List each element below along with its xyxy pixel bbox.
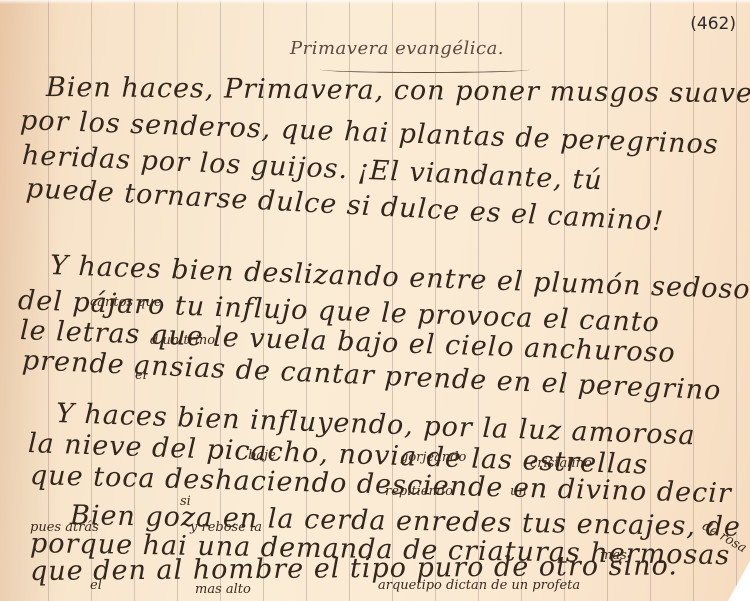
correction-above-en: cristalino [530,456,592,471]
poem-title: Primavera evangélica. [290,38,504,59]
correction-above-deshaciendo: baje [248,448,276,463]
folio-number: (462) [690,14,736,34]
correction-below-last-line: arquetipo dictan de un profeta [378,578,580,593]
manuscript-page: (462) Primavera evangélica. Bien haces, … [0,0,750,601]
correction-below-desciende: repitiendo [385,484,453,499]
stanza-4-line-3: que den al hombre el tipo puro de otro s… [30,550,678,587]
correction-above-desciende: gorjeando [400,450,466,465]
correction-below-den: el [90,578,102,593]
correction-above-line-3: cantos que [90,295,162,310]
title-underline [320,66,530,73]
correction-above-line-4: d un trino [150,333,215,348]
correction-below-hombre: mas alto [195,582,251,597]
correction-below-en: un [510,484,527,499]
torn-corner [728,561,750,601]
correction-above-puro: mas [600,548,627,563]
stanza-1-line-1: Bien haces, Primavera, con poner musgos … [46,72,750,109]
correction-below-line-4: el [135,368,147,383]
paper-top-edge [0,0,750,4]
